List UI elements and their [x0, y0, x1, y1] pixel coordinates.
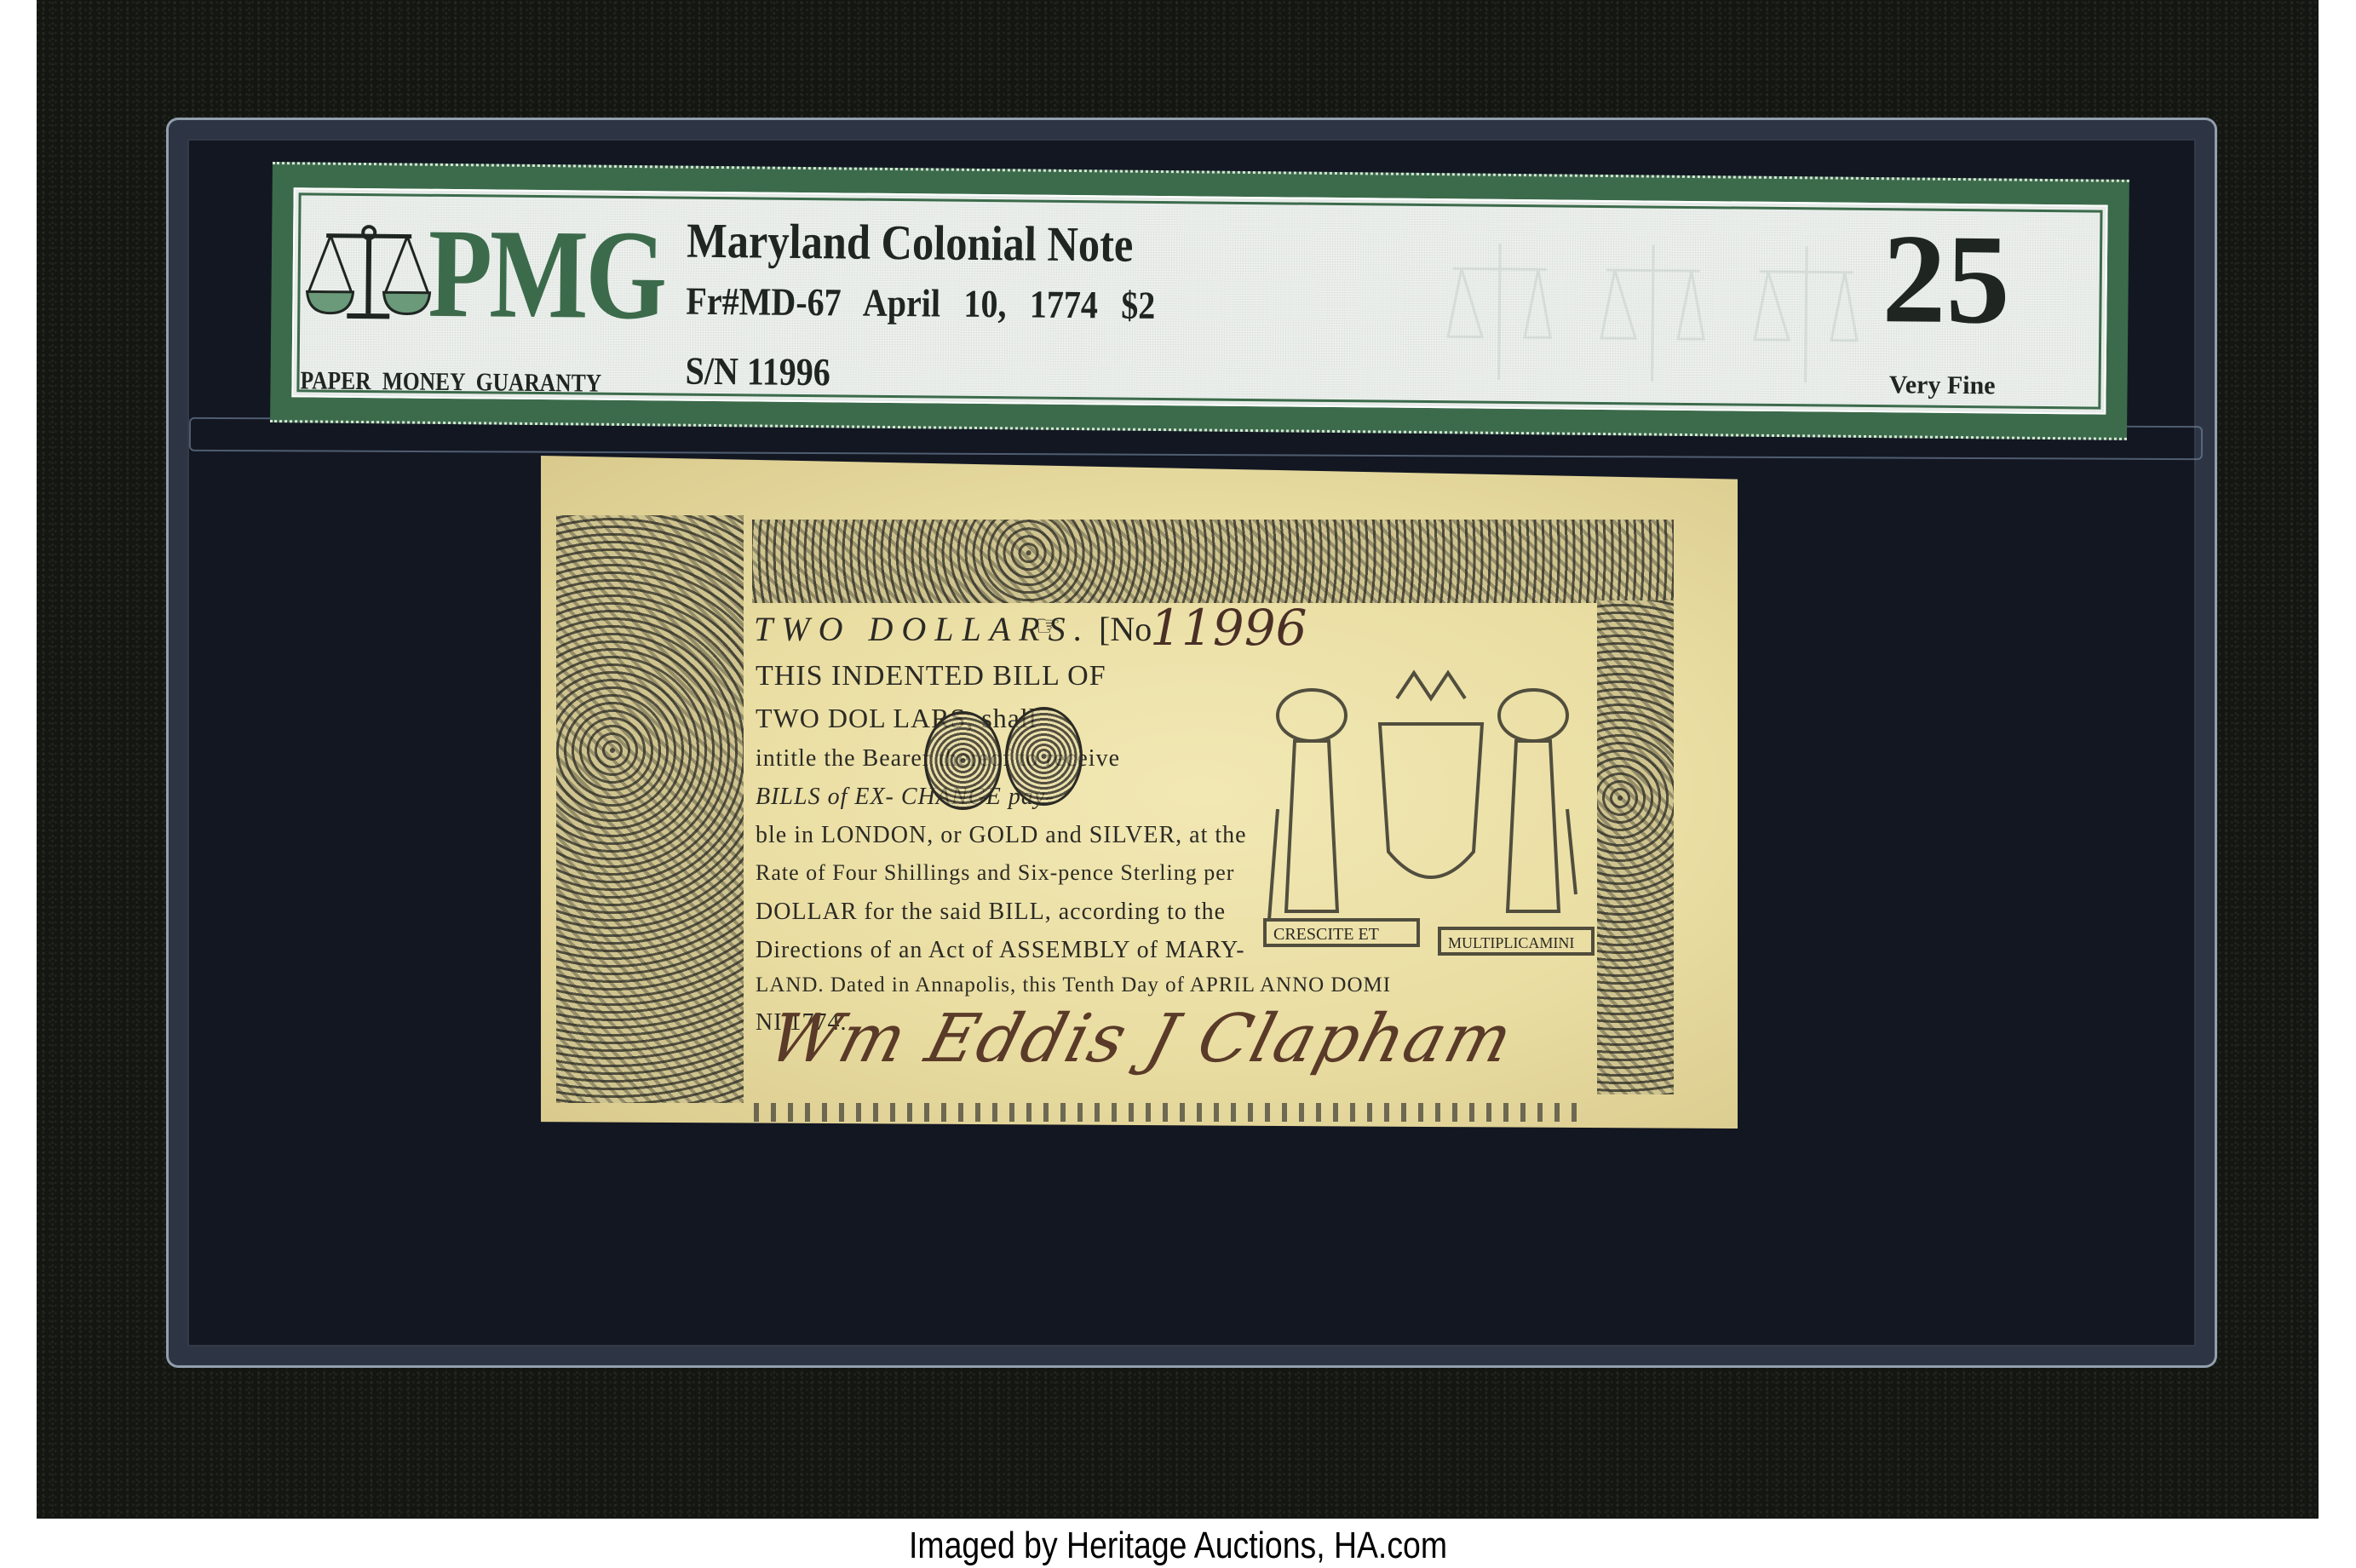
banknote: TWO DOLLARS. ☞ [No 11996 THIS INDENTED B…	[541, 456, 1738, 1129]
note-right-border	[1597, 600, 1674, 1094]
note-body-line: THIS INDENTED BILL OF	[756, 660, 1106, 692]
note-body-line: Rate of Four Shillings and Six-pence Ste…	[756, 860, 1234, 886]
pmg-brand-text: PMG	[428, 210, 664, 340]
maryland-coat-of-arms-icon: CRESCITE ET MULTIPLICAMINI	[1261, 656, 1597, 984]
note-details: Fr#MD-67 April 10, 1774 $2	[686, 279, 1155, 328]
denomination: $2	[1121, 284, 1156, 327]
note-seal-left	[924, 711, 1002, 810]
note-seal-right	[1005, 707, 1083, 806]
note-title: Maryland Colonial Note	[687, 212, 1134, 273]
pointing-hand-icon: ☞	[1035, 609, 1060, 643]
grade-description: Very Fine	[1889, 370, 1996, 400]
note-left-border	[556, 515, 744, 1103]
issue-date: April 10, 1774	[863, 281, 1099, 327]
scales-watermark-icon	[1750, 238, 1863, 392]
pmg-full-name: PAPER MONEY GUARANTY	[300, 366, 601, 398]
note-body-line: Directions of an Act of ASSEMBLY of MARY…	[756, 937, 1245, 964]
note-top-border	[752, 520, 1674, 603]
label-inner-panel: PMG PAPER MONEY GUARANTY Maryland Coloni…	[291, 187, 2107, 414]
bottom-ornament	[754, 1103, 1589, 1122]
signatures: Wm Eddis J Clapham	[761, 1001, 1521, 1077]
scales-watermark-icon	[1444, 234, 1556, 388]
grade-number: 25	[1882, 215, 2010, 343]
pmg-logo: PMG	[304, 215, 664, 354]
scales-watermark-icon	[1597, 236, 1710, 390]
number-label: [No	[1099, 609, 1152, 649]
handwritten-serial: 11996	[1150, 599, 1307, 657]
note-body-line: TWO DOL LARS, shall	[756, 703, 1037, 734]
pmg-label: PMG PAPER MONEY GUARANTY Maryland Coloni…	[270, 162, 2129, 440]
serial-number: S/N 11996	[685, 348, 830, 395]
motto-right: MULTIPLICAMINI	[1448, 934, 1574, 951]
catalog-number: Fr#MD-67	[686, 279, 842, 325]
image-credit-caption: Imaged by Heritage Auctions, HA.com	[176, 1525, 2179, 1567]
note-body-line: BILLS of EX- CHANGE pay-	[756, 784, 1054, 811]
motto-left: CRESCITE ET	[1273, 925, 1379, 944]
scales-of-justice-icon	[304, 223, 433, 326]
note-body-line: DOLLAR for the said BILL, according to t…	[756, 899, 1226, 926]
note-body-line: ble in LONDON, or GOLD and SILVER, at th…	[756, 822, 1247, 849]
